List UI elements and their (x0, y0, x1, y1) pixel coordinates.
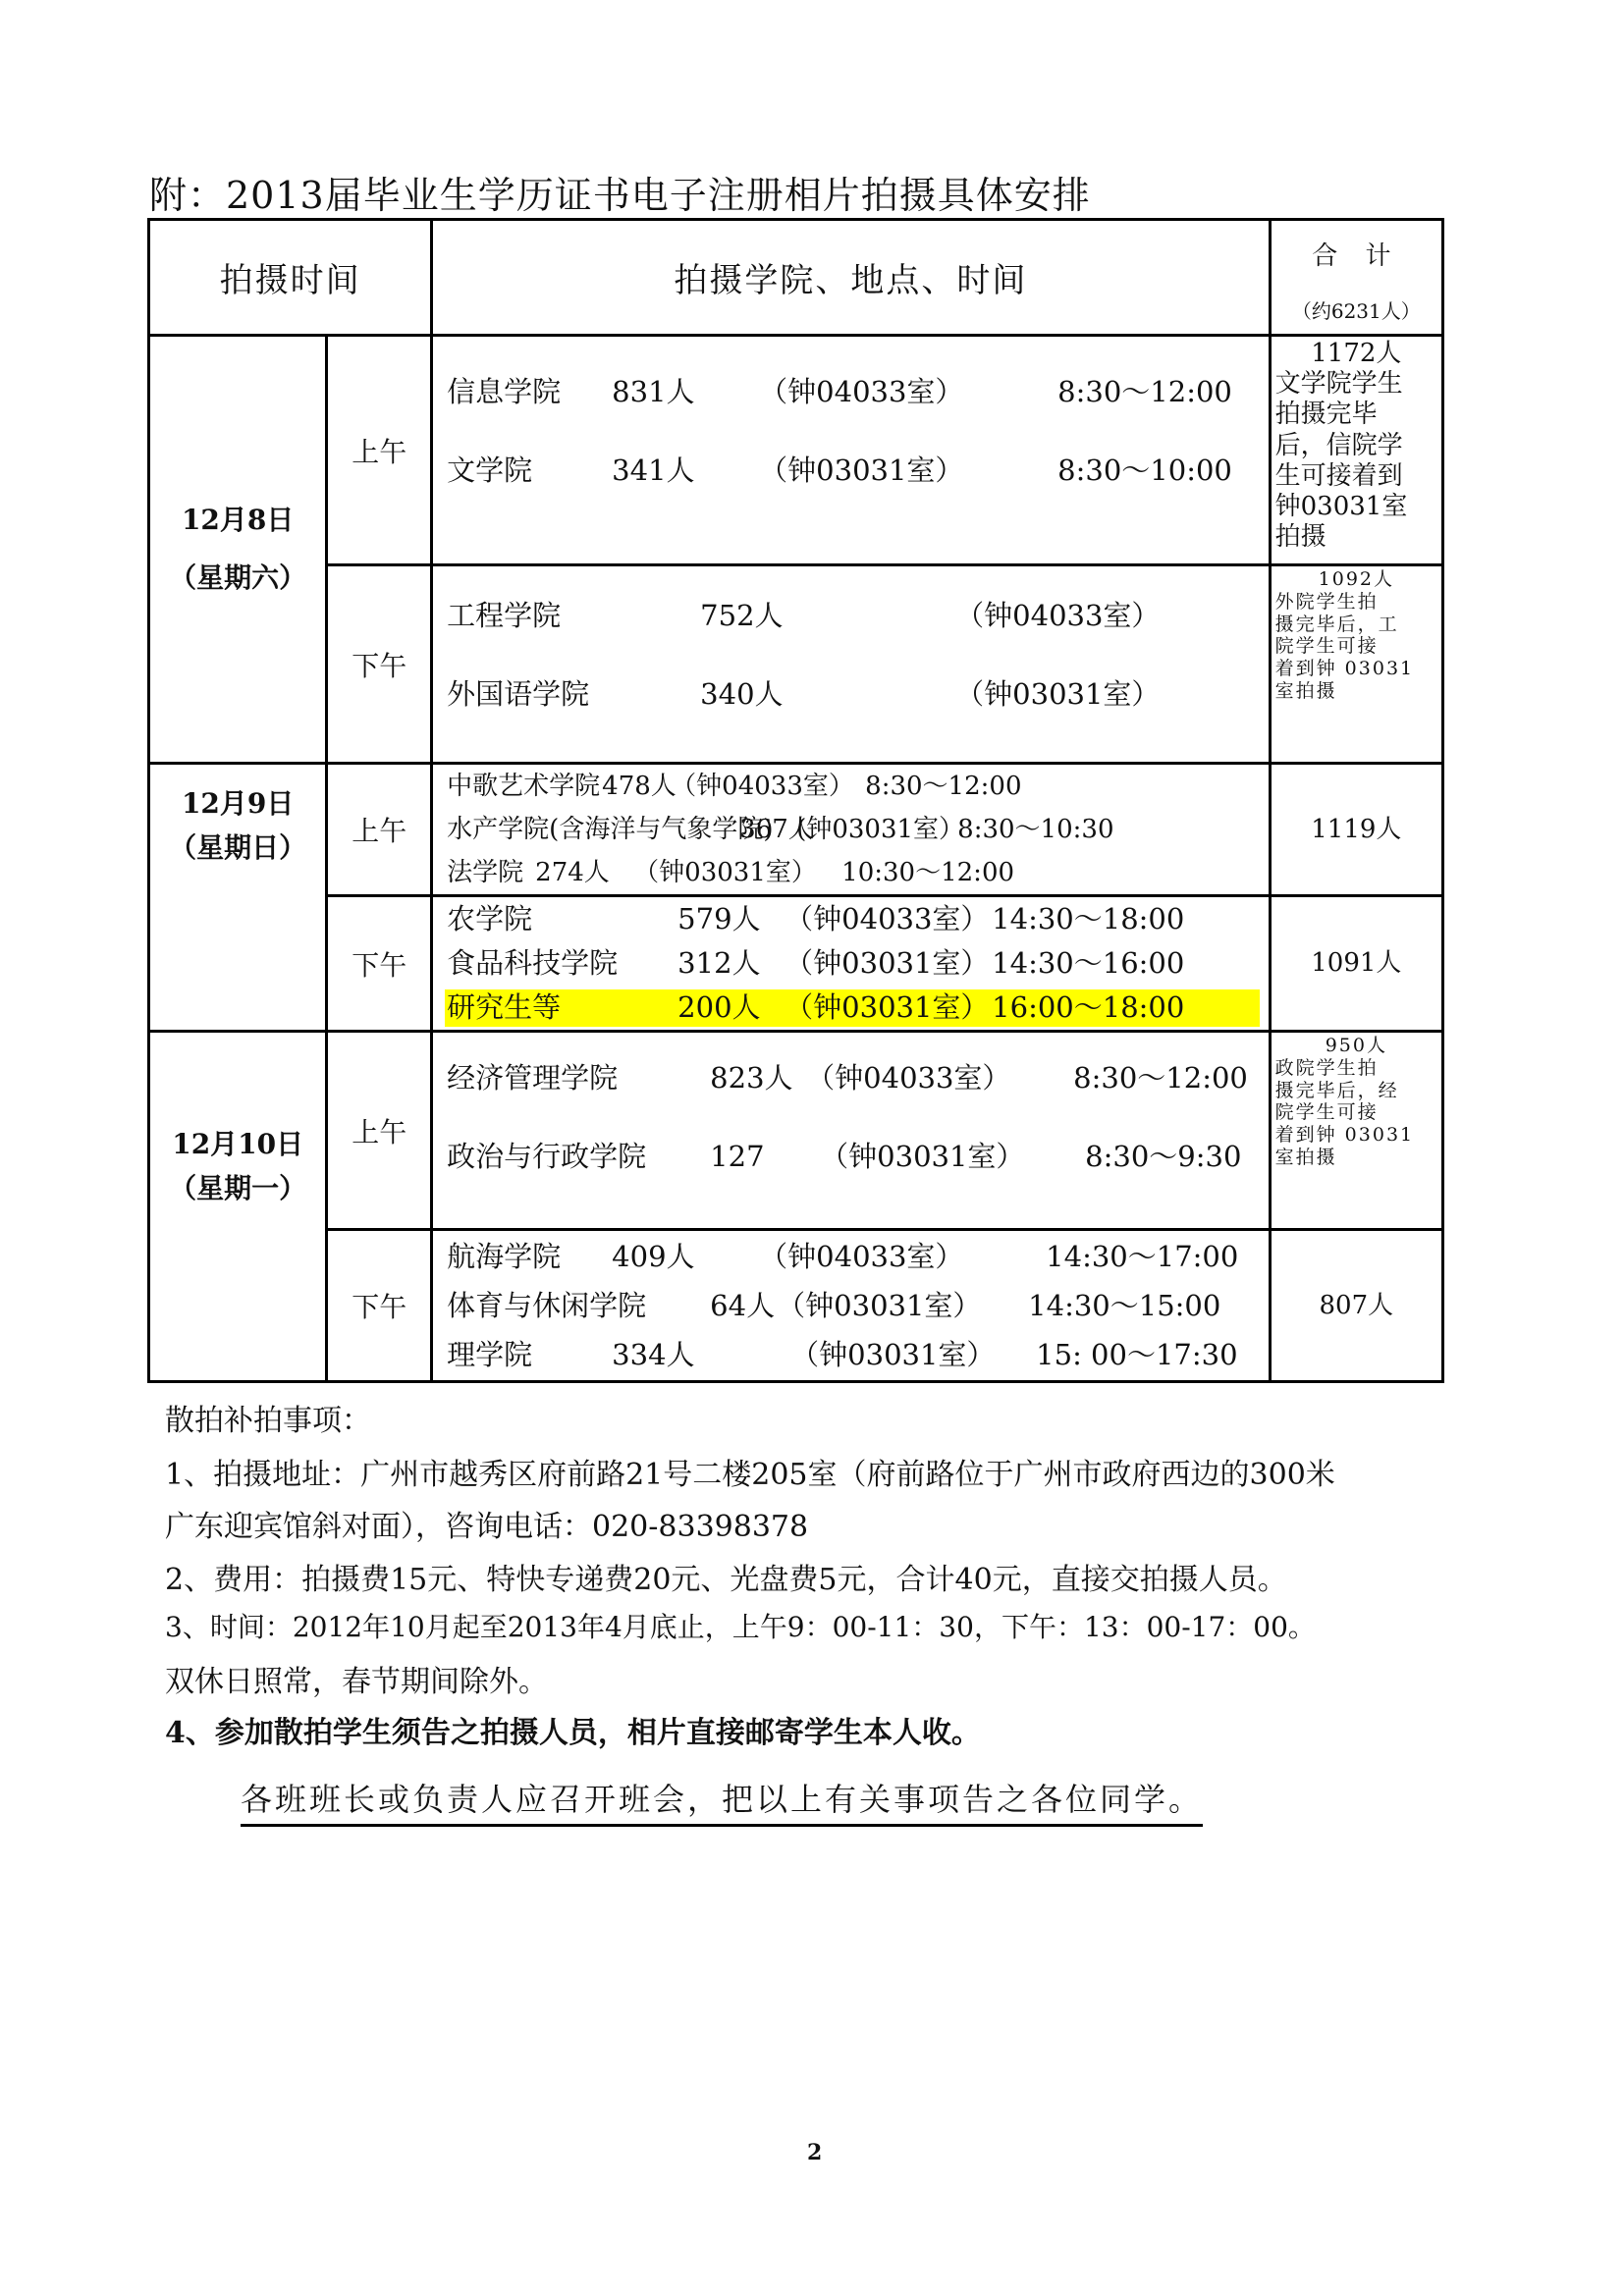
header-total-sub: （约6231人） (1272, 295, 1441, 324)
total-note: 生可接着到 (1275, 461, 1437, 492)
count: 64人 (710, 1281, 775, 1330)
total-note: 拍摄完毕 (1275, 400, 1437, 430)
college: 经济管理学院 (447, 1039, 618, 1117)
entry: 体育与休闲学院 64人 （钟03031室） 14:30～15:00 (447, 1281, 1268, 1330)
college: 食品科技学院 (447, 941, 618, 986)
time: 10:30～12:00 (841, 851, 1014, 894)
total-note: 文学院学生 (1275, 369, 1437, 400)
table-row: 12月10日 （星期一） 上午 经济管理学院 823人 （钟04033室） 8:… (149, 1032, 1443, 1230)
room: （钟03031室） (777, 1281, 981, 1330)
total-note: 摄完毕后，工 (1275, 614, 1437, 636)
count: 752人 (700, 576, 783, 655)
college: 航海学院 (447, 1232, 561, 1281)
time: 14:30～16:00 (992, 941, 1184, 986)
count: 340人 (700, 655, 783, 733)
time: 15: 00～17:30 (1036, 1330, 1237, 1379)
date: 12月8日 (150, 499, 325, 543)
college: 文学院 (447, 431, 532, 509)
count: 274人 (535, 851, 610, 894)
date-cell: 12月8日 （星期六） (149, 336, 327, 764)
total-note: 摄完毕后，经 (1275, 1080, 1437, 1102)
total: 1119人 (1311, 815, 1401, 844)
entry: 法学院 274人 （钟03031室） 10:30～12:00 (447, 851, 1268, 894)
note-item: 2、费用：拍摄费15元、特快专递费20元、光盘费5元，合计40元，直接交拍摄人员… (165, 1555, 1287, 1598)
college: 中歌艺术学院 (447, 765, 600, 808)
room: （钟03031室） (633, 851, 817, 894)
period-cell: 下午 (327, 896, 432, 1032)
table-row: 下午 农学院 579人 （钟04033室） 14:30～18:00 食品科技学院… (149, 896, 1443, 1032)
total-note: 钟03031室 (1275, 492, 1437, 522)
time: 14:30～15:00 (1028, 1281, 1220, 1330)
room: （钟04033室） (785, 897, 989, 941)
time: 8:30～12:00 (1057, 352, 1232, 431)
time: 8:30～12:00 (1073, 1039, 1248, 1117)
time: 8:30～12:00 (865, 765, 1021, 808)
count: 334人 (612, 1330, 694, 1379)
college: 农学院 (447, 897, 532, 941)
total-cell: 950人 政院学生拍 摄完毕后，经 院学生可接 着到钟 03031 室拍摄 (1270, 1032, 1442, 1230)
room: （钟03031室） (785, 986, 989, 1030)
count: 823人 (710, 1039, 792, 1117)
total-cell: 807人 (1270, 1230, 1442, 1382)
time: 16:00～18:00 (992, 986, 1184, 1030)
college: 水产学院(含海洋与气象学院) (447, 808, 773, 851)
total: 1092人 (1275, 568, 1437, 591)
college: 研究生等 (447, 986, 561, 1030)
total-note: 后，信院学 (1275, 431, 1437, 461)
total-cell: 1119人 (1270, 764, 1442, 896)
entry: 食品科技学院 312人 （钟03031室） 14:30～16:00 (447, 941, 1268, 986)
note-item: 3、时间：2012年10月起至2013年4月底止，上午9：00-11：30，下午… (165, 1606, 1316, 1645)
room: （钟04033室） (759, 1232, 963, 1281)
table-row: 下午 航海学院 409人 （钟04033室） 14:30～17:00 体育与休闲… (149, 1230, 1443, 1382)
entry: 理学院 334人 （钟03031室） 15: 00～17:30 (447, 1330, 1268, 1379)
college: 政治与行政学院 (447, 1117, 646, 1196)
entry: 农学院 579人 （钟04033室） 14:30～18:00 (447, 897, 1268, 941)
total: 1091人 (1311, 948, 1401, 978)
college: 工程学院 (447, 576, 561, 655)
entry: 外国语学院 340人 （钟03031室） (447, 655, 1268, 733)
entry: 航海学院 409人 （钟04033室） 14:30～17:00 (447, 1232, 1268, 1281)
header-row: 拍摄时间 拍摄学院、地点、时间 合 计 （约6231人） (149, 220, 1443, 336)
room: （钟03031室） (790, 1330, 995, 1379)
entry: 政治与行政学院 127 （钟03031室） 8:30～9:30 (447, 1117, 1268, 1196)
table-row: 下午 工程学院 752人 （钟04033室） 外国语学院 340人 （钟0303… (149, 565, 1443, 764)
time: 8:30～10:00 (1057, 431, 1232, 509)
closing-statement: 各班班长或负责人应召开班会，把以上有关事项告之各位同学。 (241, 1775, 1203, 1827)
entry: 文学院 341人 （钟03031室） 8:30～10:00 (447, 431, 1268, 509)
entries-cell: 经济管理学院 823人 （钟04033室） 8:30～12:00 政治与行政学院… (432, 1032, 1270, 1230)
total-cell: 1092人 外院学生拍 摄完毕后，工 院学生可接 着到钟 03031 室拍摄 (1270, 565, 1442, 764)
count: 341人 (612, 431, 694, 509)
college: 理学院 (447, 1330, 532, 1379)
total-note: 院学生可接 (1275, 635, 1437, 658)
period-cell: 上午 (327, 1032, 432, 1230)
room: （钟03031室） (955, 655, 1160, 733)
period-cell: 下午 (327, 1230, 432, 1382)
total-note: 拍摄 (1275, 522, 1437, 553)
date: 12月9日 (150, 782, 325, 827)
room: （钟03031室） (759, 431, 963, 509)
college: 体育与休闲学院 (447, 1281, 646, 1330)
notes-heading: 散拍补拍事项： (165, 1396, 371, 1439)
period-cell: 上午 (327, 336, 432, 565)
entry: 中歌艺术学院 478人 （钟04033室） 8:30～12:00 (447, 765, 1268, 808)
header-content: 拍摄学院、地点、时间 (432, 220, 1270, 336)
count: 127 (710, 1117, 764, 1196)
date: 12月10日 (150, 1123, 325, 1167)
total-note: 外院学生拍 (1275, 591, 1437, 614)
total-note: 室拍摄 (1275, 680, 1437, 703)
count: 478人 (602, 765, 677, 808)
entries-cell: 信息学院 831人 （钟04033室） 8:30～12:00 文学院 341人 … (432, 336, 1270, 565)
total: 950人 (1275, 1035, 1437, 1057)
college: 外国语学院 (447, 655, 589, 733)
room: （钟04033室） (955, 576, 1160, 655)
note-item: 4、参加散拍学生须告之拍摄人员，相片直接邮寄学生本人收。 (165, 1708, 981, 1751)
time: 14:30～17:00 (1046, 1232, 1238, 1281)
header-total-label: 合 计 (1272, 236, 1441, 272)
page-title: 附：2013届毕业生学历证书电子注册相片拍摄具体安排 (149, 165, 1091, 219)
time: 14:30～18:00 (992, 897, 1184, 941)
count: 831人 (612, 352, 694, 431)
note-item: 1、拍摄地址：广州市越秀区府前路21号二楼205室（府前路位于广州市政府西边的3… (165, 1450, 1335, 1493)
total-cell: 1172人 文学院学生 拍摄完毕 后，信院学 生可接着到 钟03031室 拍摄 (1270, 336, 1442, 565)
weekday: （星期日） (150, 827, 325, 871)
college: 法学院 (447, 851, 523, 894)
entries-cell: 中歌艺术学院 478人 （钟04033室） 8:30～12:00 水产学院(含海… (432, 764, 1270, 896)
date-cell: 12月9日 （星期日） (149, 764, 327, 1032)
weekday: （星期一） (150, 1167, 325, 1211)
total-note: 着到钟 03031 (1275, 1124, 1437, 1147)
total: 1172人 (1275, 339, 1437, 369)
entry-highlighted: 研究生等 200人 （钟03031室） 16:00～18:00 (447, 986, 1268, 1030)
note-item: 双休日照常，春节期间除外。 (165, 1657, 548, 1700)
table-row: 12月8日 （星期六） 上午 信息学院 831人 （钟04033室） 8:30～… (149, 336, 1443, 565)
room: （钟04033室） (806, 1039, 1010, 1117)
entries-cell: 航海学院 409人 （钟04033室） 14:30～17:00 体育与休闲学院 … (432, 1230, 1270, 1382)
total: 807人 (1320, 1291, 1394, 1320)
count: 409人 (612, 1232, 694, 1281)
schedule-table: 拍摄时间 拍摄学院、地点、时间 合 计 （约6231人） 12月8日 （星期六）… (147, 218, 1444, 1383)
entry: 水产学院(含海洋与气象学院) 367人 (钟03031室） 8:30～10:30 (447, 808, 1268, 851)
period-cell: 上午 (327, 764, 432, 896)
header-time: 拍摄时间 (149, 220, 432, 336)
page-number: 2 (807, 2140, 822, 2165)
entry: 工程学院 752人 （钟04033室） (447, 576, 1268, 655)
table-row: 12月9日 （星期日） 上午 中歌艺术学院 478人 （钟04033室） 8:3… (149, 764, 1443, 896)
entries-cell: 农学院 579人 （钟04033室） 14:30～18:00 食品科技学院 31… (432, 896, 1270, 1032)
total-note: 政院学生拍 (1275, 1057, 1437, 1080)
college: 信息学院 (447, 352, 561, 431)
total-note: 着到钟 03031 (1275, 658, 1437, 680)
total-cell: 1091人 (1270, 896, 1442, 1032)
entries-cell: 工程学院 752人 （钟04033室） 外国语学院 340人 （钟03031室） (432, 565, 1270, 764)
time: 8:30～10:30 (957, 808, 1113, 851)
weekday: （星期六） (150, 557, 325, 601)
date-cell: 12月10日 （星期一） (149, 1032, 327, 1382)
room: （钟03031室） (785, 941, 989, 986)
room: （钟04033室） (759, 352, 963, 431)
total-note: 院学生可接 (1275, 1101, 1437, 1124)
room: （钟03031室） (820, 1117, 1024, 1196)
entry: 经济管理学院 823人 （钟04033室） 8:30～12:00 (447, 1039, 1268, 1117)
count: 579人 (677, 897, 760, 941)
count: 200人 (677, 986, 760, 1030)
total-note: 室拍摄 (1275, 1147, 1437, 1169)
header-total: 合 计 （约6231人） (1270, 220, 1442, 336)
note-item: 广东迎宾馆斜对面），咨询电话：020-83398378 (165, 1502, 808, 1545)
count: 312人 (677, 941, 760, 986)
entry: 信息学院 831人 （钟04033室） 8:30～12:00 (447, 352, 1268, 431)
period-cell: 下午 (327, 565, 432, 764)
room: (钟03031室） (796, 808, 964, 851)
room: （钟04033室） (671, 765, 854, 808)
time: 8:30～9:30 (1085, 1117, 1241, 1196)
